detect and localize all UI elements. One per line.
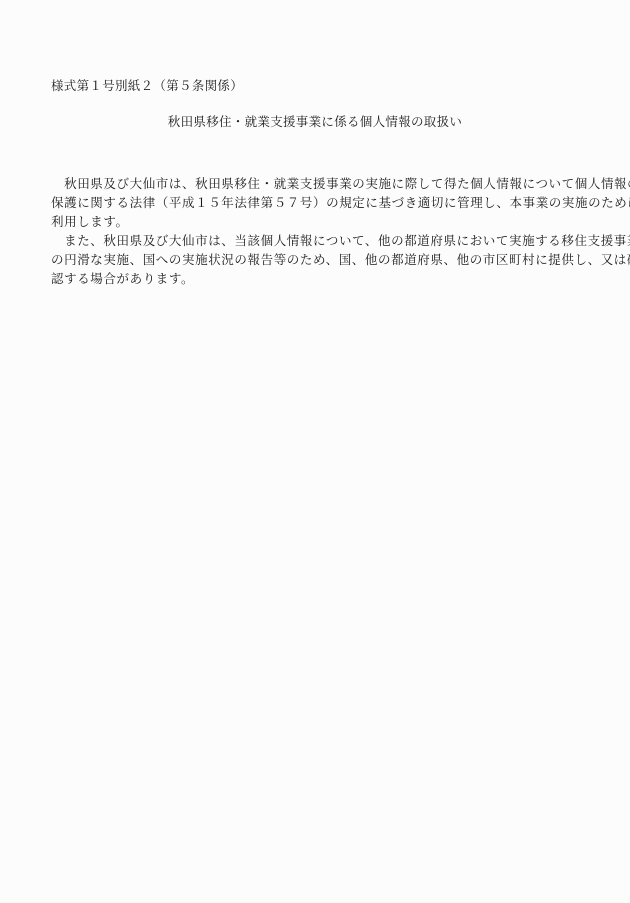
document-title: 秋田県移住・就業支援事業に係る個人情報の取扱い <box>0 114 630 130</box>
paragraph-1-line-2: 保護に関する法律（平成１５年法律第５７号）の規定に基づき適切に管理し、本事業の実… <box>51 193 583 212</box>
paragraph-2: また、秋田県及び大仙市は、当該個人情報について、他の都道府県において実施する移住… <box>51 231 583 288</box>
paragraph-2-line-2: の円滑な実施、国への実施状況の報告等のため、国、他の都道府県、他の市区町村に提供… <box>51 250 583 269</box>
paragraph-2-line-1: また、秋田県及び大仙市は、当該個人情報について、他の都道府県において実施する移住… <box>51 231 583 250</box>
paragraph-1-line-1: 秋田県及び大仙市は、秋田県移住・就業支援事業の実施に際して得た個人情報について個… <box>51 174 583 193</box>
document-page: 様式第１号別紙２（第５条関係） 秋田県移住・就業支援事業に係る個人情報の取扱い … <box>0 0 630 903</box>
paragraph-2-line-3: 認する場合があります。 <box>51 269 583 288</box>
form-number-label: 様式第１号別紙２（第５条関係） <box>51 78 243 94</box>
document-body: 秋田県及び大仙市は、秋田県移住・就業支援事業の実施に際して得た個人情報について個… <box>51 174 583 288</box>
paragraph-1: 秋田県及び大仙市は、秋田県移住・就業支援事業の実施に際して得た個人情報について個… <box>51 174 583 231</box>
paragraph-1-line-3: 利用します。 <box>51 212 583 231</box>
